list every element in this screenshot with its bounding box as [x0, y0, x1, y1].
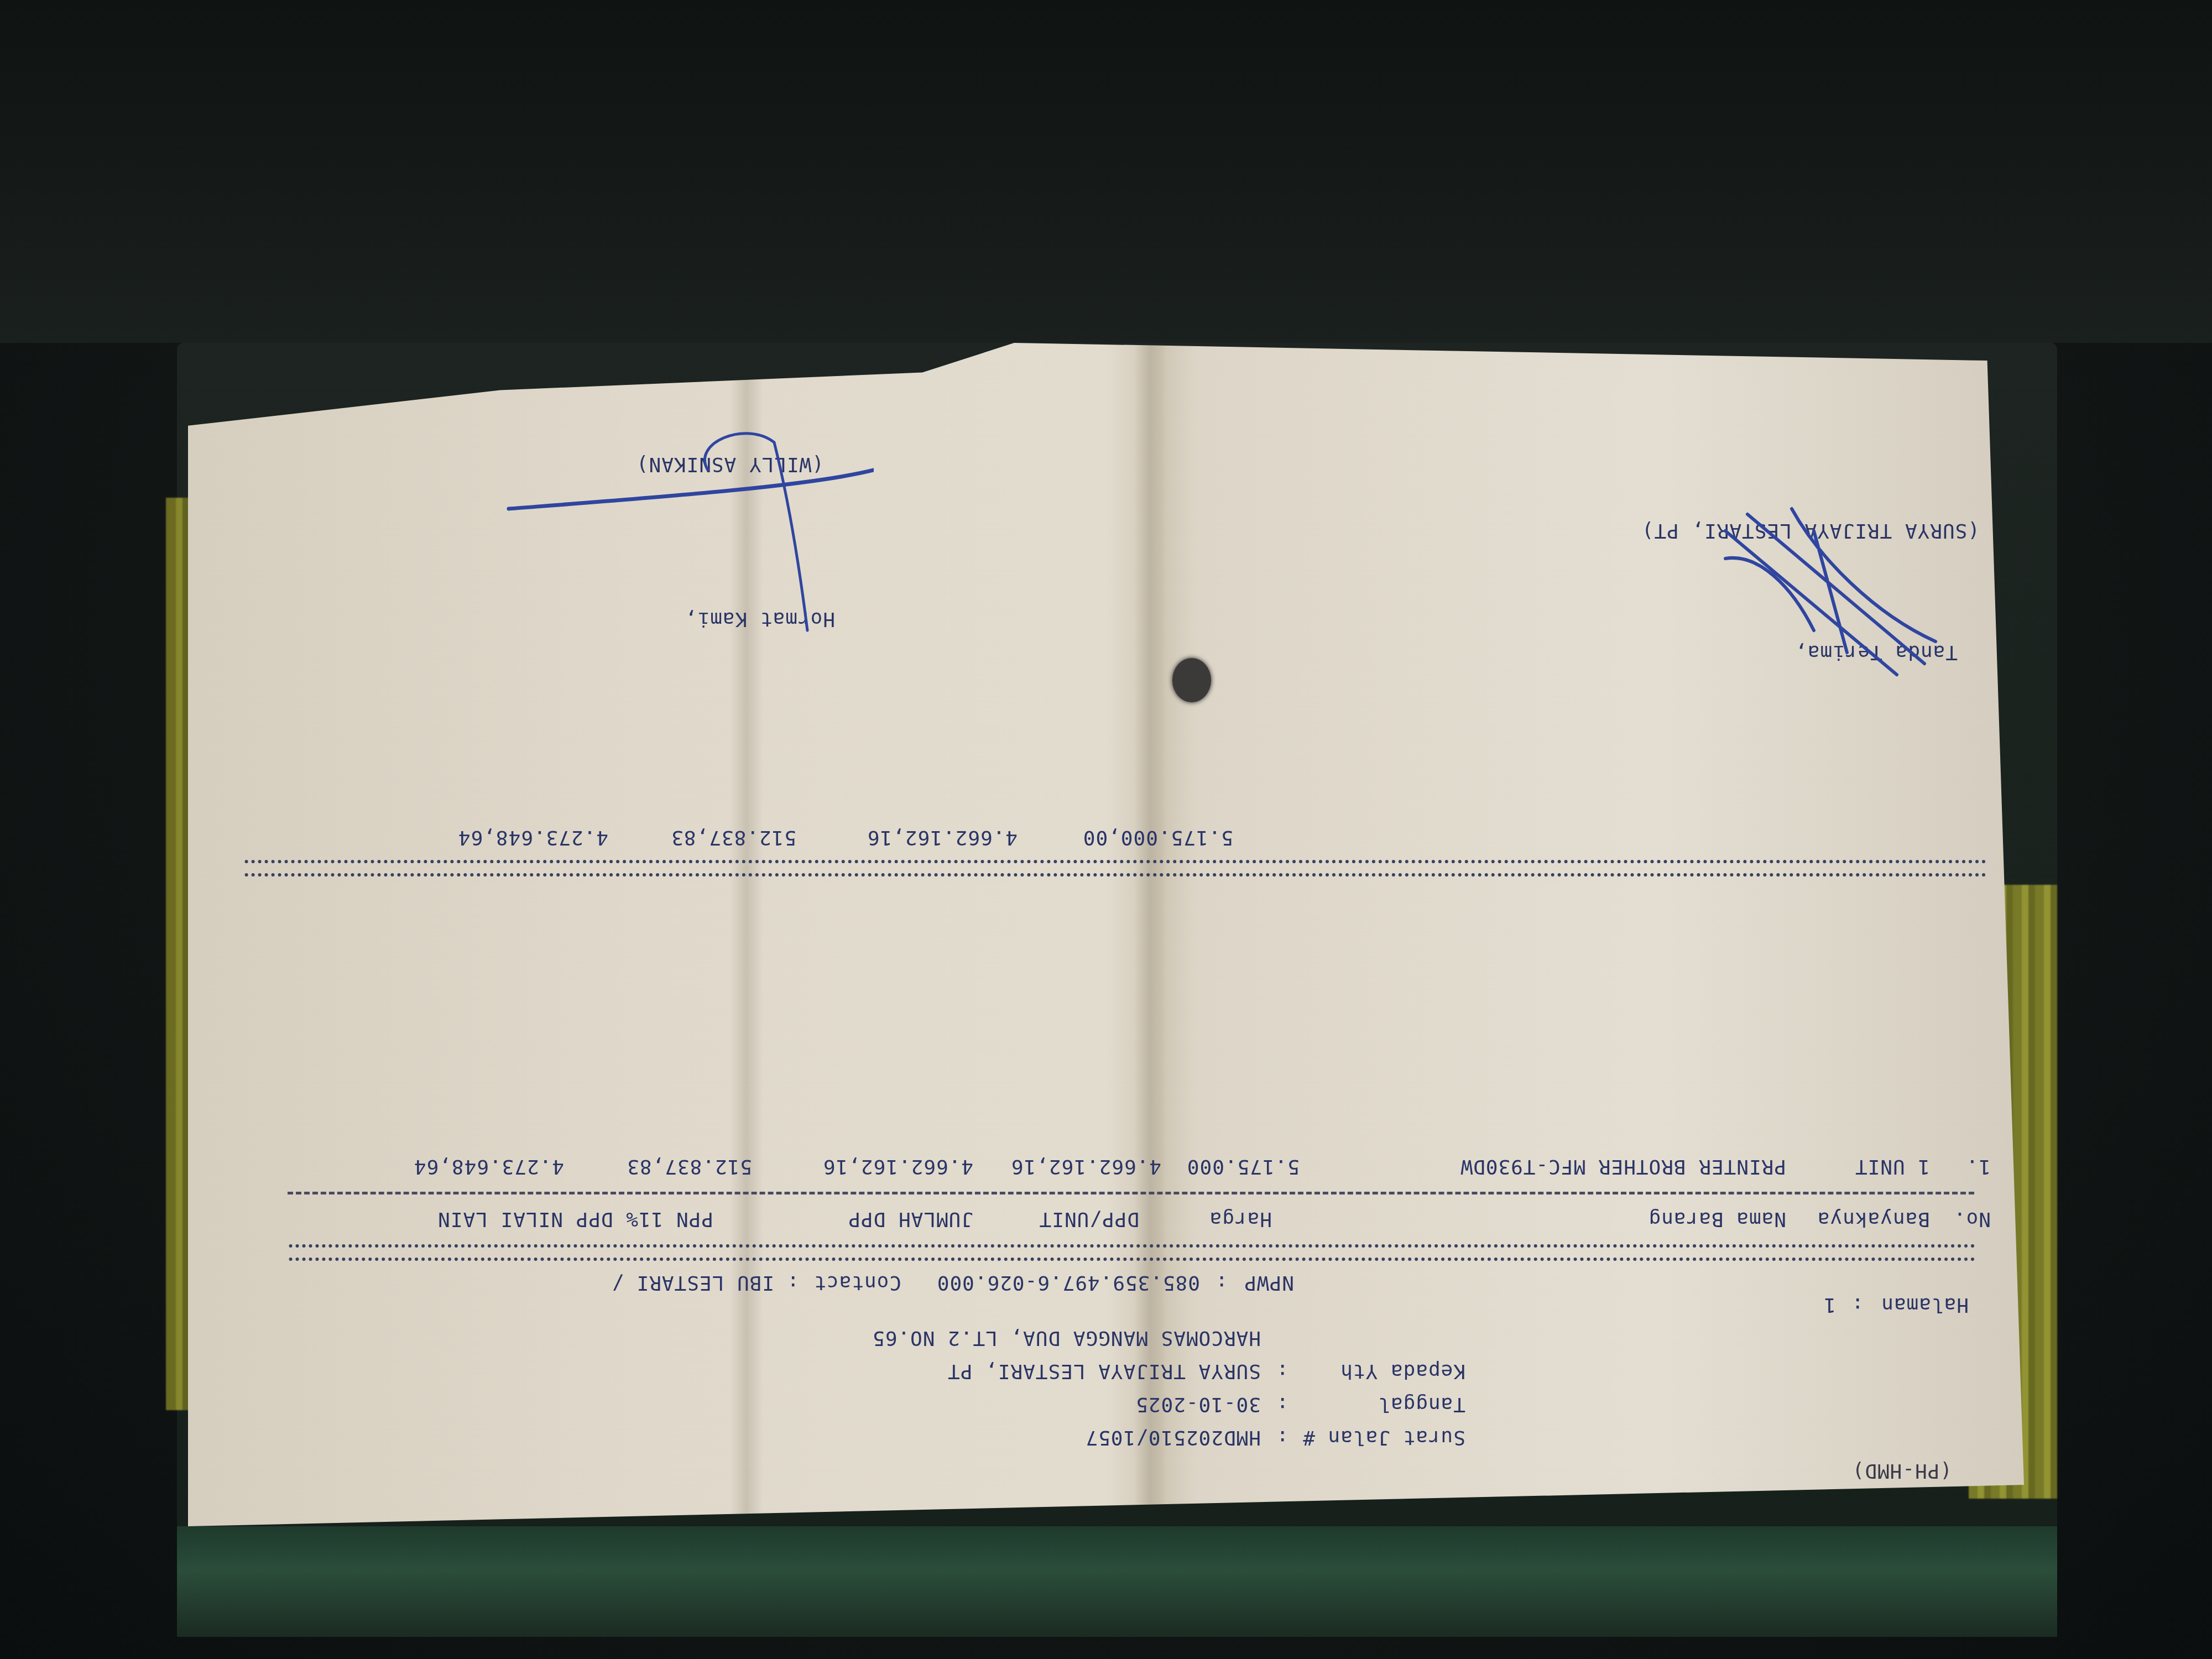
total-harga: 5.175.000,00 — [1083, 826, 1233, 849]
dark-background-top — [0, 0, 2212, 343]
green-bar — [177, 1526, 2057, 1637]
row-dpp-unit: 4.662.162,16 — [1011, 1155, 1161, 1178]
punch-hole — [1172, 658, 1211, 702]
kepada-label: Kepada Yth — [1340, 1360, 1465, 1383]
row-qty: 1 UNIT — [1855, 1155, 1930, 1178]
col-header-nama-barang: Nama Barang — [1648, 1208, 1786, 1230]
row-jumlah-dpp: 4.662.162,16 — [823, 1155, 973, 1178]
col-header-jumlah-dpp: JUMLAH DPP — [848, 1208, 973, 1230]
sender-signature-icon — [487, 420, 874, 653]
colon: : — [1276, 1393, 1288, 1416]
contact-value: IBU LESTARI / — [611, 1271, 774, 1294]
colon: : — [786, 1271, 799, 1294]
row-ppn: 512.837,83 — [627, 1155, 752, 1178]
npwp-label: NPWP — [1244, 1271, 1294, 1294]
total-jumlah-dpp: 4.662.162,16 — [867, 826, 1018, 849]
npwp-value: 085.359.497.6-026.000 — [937, 1271, 1200, 1294]
col-header-harga: Harga — [1209, 1208, 1272, 1230]
col-header-no: No. — [1953, 1208, 1991, 1230]
col-header-dpp-unit: DPP/UNIT — [1039, 1208, 1139, 1230]
total-nilai-lain: 4.273.648,64 — [458, 826, 608, 849]
tanggal-label: Tanggal — [1378, 1393, 1465, 1416]
row-no: 1. — [1966, 1155, 1991, 1178]
colon: : — [1276, 1426, 1288, 1449]
colon: : — [1851, 1293, 1864, 1316]
address: HARCOMAS MANGGA DUA, LT.2 NO.65 — [872, 1327, 1261, 1349]
colon: : — [1276, 1360, 1288, 1383]
surat-jalan-number: HMD202510/1057 — [1086, 1426, 1261, 1449]
row-item-name: PRINTER BROTHER MFC-T930DW — [1460, 1155, 1786, 1178]
colon: : — [1215, 1271, 1228, 1294]
separator-dashed — [288, 1192, 1974, 1194]
halaman-value: 1 — [1823, 1293, 1836, 1316]
surat-jalan-label: Surat Jalan # — [1302, 1426, 1465, 1449]
kepada-value: SURYA TRIJAYA LESTARI, PT — [947, 1360, 1261, 1383]
total-ppn: 512.837,83 — [671, 826, 796, 849]
receiver-signature-icon — [1703, 498, 1958, 697]
separator-double-dotted — [288, 1244, 1974, 1261]
row-nilai-lain: 4.273.648,64 — [414, 1155, 564, 1178]
col-header-banyaknya: Banyaknya — [1817, 1208, 1930, 1230]
row-harga: 5.175.000 — [1187, 1155, 1300, 1178]
separator-double-dotted — [243, 860, 1985, 877]
halaman-label: Halaman — [1881, 1293, 1969, 1316]
document-code: (PH-HMD) — [1852, 1459, 1952, 1482]
delivery-note-paper: (PH-HMD) Surat Jalan # : HMD202510/1057 … — [188, 343, 2024, 1526]
contact-label: Contact — [813, 1271, 901, 1294]
tanggal-value: 30-10-2025 — [1135, 1393, 1261, 1416]
col-header-ppn-nilai-lain: PPN 11% DPP NILAI LAIN — [437, 1208, 713, 1230]
